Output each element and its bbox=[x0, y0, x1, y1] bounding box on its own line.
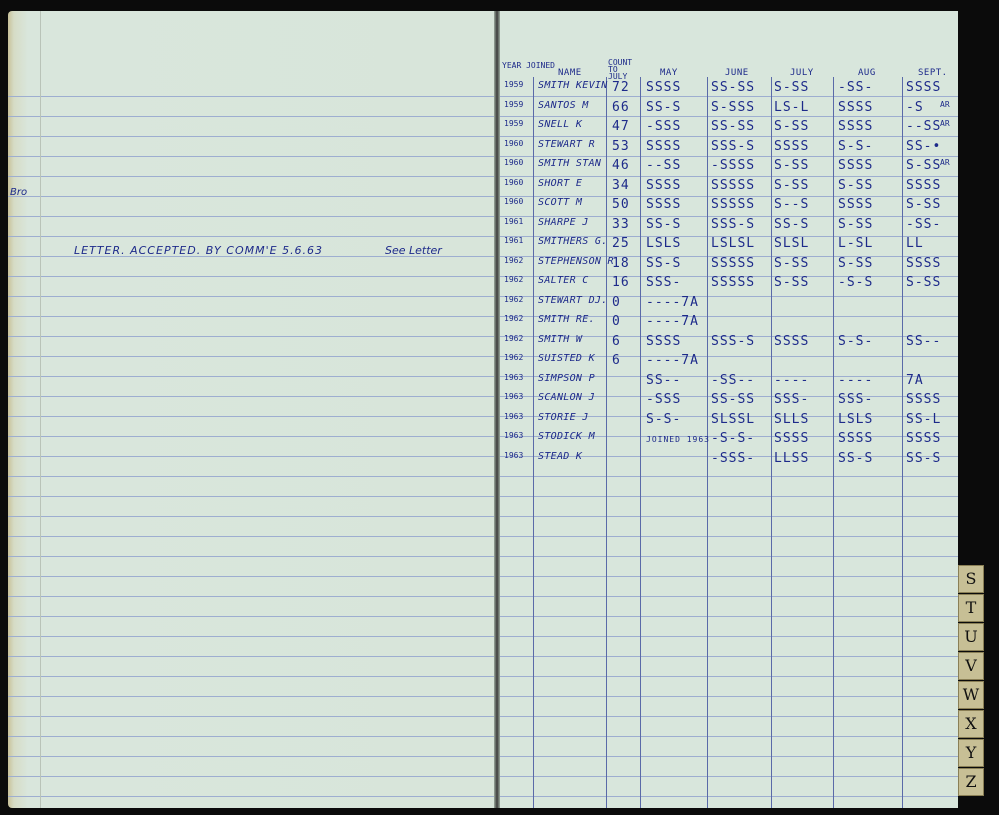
cell-june: SS-SS bbox=[711, 80, 755, 95]
cell-aug: SSSS bbox=[838, 100, 873, 115]
index-tab-w[interactable]: W bbox=[958, 681, 984, 709]
cell-count: 0 bbox=[612, 314, 621, 329]
cell-july: SLLS bbox=[774, 412, 809, 427]
cell-count: 50 bbox=[612, 197, 630, 212]
cell-aug: S-S- bbox=[838, 334, 873, 349]
cell-june: SSSSS bbox=[711, 178, 755, 193]
cell-year: 1961 bbox=[504, 236, 523, 245]
cell-july: LS-L bbox=[774, 100, 809, 115]
cell-count: 25 bbox=[612, 236, 630, 251]
cell-name: STORIE J bbox=[538, 412, 589, 423]
cell-june: S-SSS bbox=[711, 100, 755, 115]
cell-aug: SSS- bbox=[838, 392, 873, 407]
cell-year: 1961 bbox=[504, 217, 523, 226]
cell-year: 1960 bbox=[504, 139, 523, 148]
cell-june: -SSSS bbox=[711, 158, 755, 173]
cell-sept: S-SS bbox=[906, 197, 941, 212]
cell-year: 1959 bbox=[504, 100, 523, 109]
cell-may: -SSS bbox=[646, 119, 681, 134]
index-tab-s[interactable]: S bbox=[958, 565, 984, 593]
cell-sept: 7A bbox=[906, 373, 924, 388]
cell-year: 1959 bbox=[504, 80, 523, 89]
cell-year: 1962 bbox=[504, 314, 523, 323]
cell-july: LLSS bbox=[774, 451, 809, 466]
cell-count: 46 bbox=[612, 158, 630, 173]
cell-name: STEWART R bbox=[538, 139, 595, 150]
cell-aug: LSLS bbox=[838, 412, 873, 427]
cell-sept: SSSS bbox=[906, 392, 941, 407]
header-aug: AUG bbox=[858, 68, 876, 78]
cell-count: 6 bbox=[612, 334, 621, 349]
cell-sept: SS-L bbox=[906, 412, 941, 427]
cell-may: SS-S bbox=[646, 256, 681, 271]
cell-may: SSSS bbox=[646, 178, 681, 193]
cell-may: S-S- bbox=[646, 412, 681, 427]
index-tabs: S T U V W X Y Z bbox=[958, 565, 984, 797]
index-tab-y[interactable]: Y bbox=[958, 739, 984, 767]
cell-name: SMITH W bbox=[538, 334, 582, 345]
cell-may: ----7A bbox=[646, 353, 699, 368]
cell-june: SS-SS bbox=[711, 119, 755, 134]
cell-name: SMITH KEVIN bbox=[538, 80, 608, 91]
col-divider bbox=[533, 77, 534, 808]
cell-july: S-SS bbox=[774, 275, 809, 290]
cell-name: STEWART DJ. bbox=[538, 295, 608, 306]
cell-name: SALTER C bbox=[538, 275, 589, 286]
cell-june: -SSS- bbox=[711, 451, 755, 466]
cell-july: SLSL bbox=[774, 236, 809, 251]
cell-july: SSSS bbox=[774, 431, 809, 446]
cell-count: 6 bbox=[612, 353, 621, 368]
cell-name: SUISTED K bbox=[538, 353, 595, 364]
cell-note: AR bbox=[940, 158, 950, 167]
cell-year: 1963 bbox=[504, 451, 523, 460]
cell-june: LSLSL bbox=[711, 236, 755, 251]
cell-aug: ---- bbox=[838, 373, 873, 388]
cell-may: SSSS bbox=[646, 334, 681, 349]
cell-aug: SSSS bbox=[838, 158, 873, 173]
cell-year: 1959 bbox=[504, 119, 523, 128]
header-sept: SEPT. bbox=[918, 68, 948, 78]
cell-aug: L-SL bbox=[838, 236, 873, 251]
letter-note: LETTER. ACCEPTED. BY COMM'E 5.6.63 bbox=[74, 244, 323, 257]
cell-june: SSS-S bbox=[711, 217, 755, 232]
cell-july: SSS- bbox=[774, 392, 809, 407]
cell-name: SIMPSON P bbox=[538, 373, 595, 384]
page-margin bbox=[40, 11, 41, 808]
cell-year: 1963 bbox=[504, 392, 523, 401]
cell-sept: SSSS bbox=[906, 80, 941, 95]
cell-aug: S-SS bbox=[838, 217, 873, 232]
cell-june: -S-S- bbox=[711, 431, 755, 446]
cell-year: 1962 bbox=[504, 353, 523, 362]
cell-may: LSLS bbox=[646, 236, 681, 251]
cell-sept: SSSS bbox=[906, 431, 941, 446]
cell-aug: S-SS bbox=[838, 178, 873, 193]
cell-name: SMITH STAN bbox=[538, 158, 601, 169]
cell-july: SS-S bbox=[774, 217, 809, 232]
index-tab-z[interactable]: Z bbox=[958, 768, 984, 796]
cell-year: 1962 bbox=[504, 275, 523, 284]
cell-aug: SSSS bbox=[838, 119, 873, 134]
cell-count: 16 bbox=[612, 275, 630, 290]
col-divider bbox=[902, 77, 903, 808]
cell-june: SS-SS bbox=[711, 392, 755, 407]
cell-may: SS-S bbox=[646, 217, 681, 232]
cell-sept: SS-- bbox=[906, 334, 941, 349]
cell-aug: SSSS bbox=[838, 197, 873, 212]
cell-name: STEAD K bbox=[538, 451, 582, 462]
margin-note: Bro bbox=[10, 187, 27, 198]
index-tab-t[interactable]: T bbox=[958, 594, 984, 622]
cell-name: STODICK M bbox=[538, 431, 595, 442]
cell-may: SS-- bbox=[646, 373, 681, 388]
header-june: JUNE bbox=[725, 68, 749, 78]
cell-name: STEPHENSON R bbox=[538, 256, 614, 267]
cell-aug: S-SS bbox=[838, 256, 873, 271]
cell-name: SMITHERS G. bbox=[538, 236, 608, 247]
cell-july: SSSS bbox=[774, 139, 809, 154]
cell-may: --SS bbox=[646, 158, 681, 173]
cell-name: SCOTT M bbox=[538, 197, 582, 208]
col-divider bbox=[640, 77, 641, 808]
col-divider bbox=[771, 77, 772, 808]
cell-sept: -S bbox=[906, 100, 924, 115]
cell-sept: SS-S bbox=[906, 451, 941, 466]
cell-june: SSS-S bbox=[711, 334, 755, 349]
cell-count: 33 bbox=[612, 217, 630, 232]
cell-june: -SS-- bbox=[711, 373, 755, 388]
cell-year: 1960 bbox=[504, 197, 523, 206]
cell-count: 72 bbox=[612, 80, 630, 95]
see-letter-note: See Letter bbox=[385, 244, 442, 257]
cell-sept: LL bbox=[906, 236, 924, 251]
cell-may: ----7A bbox=[646, 295, 699, 310]
cell-july: ---- bbox=[774, 373, 809, 388]
cell-may: SSS- bbox=[646, 275, 681, 290]
cell-sept: S-SS bbox=[906, 275, 941, 290]
header-count: COUNT TO JULY bbox=[608, 59, 638, 80]
cell-year: 1962 bbox=[504, 256, 523, 265]
cell-name: SMITH RE. bbox=[538, 314, 595, 325]
cell-aug: -S-S bbox=[838, 275, 873, 290]
cell-june: SSSSS bbox=[711, 275, 755, 290]
cell-may: JOINED 1963 bbox=[646, 435, 710, 444]
cell-july: S--S bbox=[774, 197, 809, 212]
cell-july: S-SS bbox=[774, 158, 809, 173]
cell-year: 1962 bbox=[504, 334, 523, 343]
cell-may: SSSS bbox=[646, 80, 681, 95]
cell-name: SANTOS M bbox=[538, 100, 589, 111]
cell-year: 1960 bbox=[504, 178, 523, 187]
cell-sept: SSSS bbox=[906, 178, 941, 193]
cell-year: 1963 bbox=[504, 431, 523, 440]
index-tab-v[interactable]: V bbox=[958, 652, 984, 680]
cell-name: SCANLON J bbox=[538, 392, 595, 403]
cell-aug: S-S- bbox=[838, 139, 873, 154]
header-july: JULY bbox=[790, 68, 814, 78]
cell-july: SSSS bbox=[774, 334, 809, 349]
cell-sept: SSSS bbox=[906, 256, 941, 271]
cell-count: 66 bbox=[612, 100, 630, 115]
index-tab-x[interactable]: X bbox=[958, 710, 984, 738]
cell-name: SHORT E bbox=[538, 178, 582, 189]
ruled-lines bbox=[8, 77, 496, 808]
cell-may: SSSS bbox=[646, 197, 681, 212]
cell-may: SSSS bbox=[646, 139, 681, 154]
cell-count: 53 bbox=[612, 139, 630, 154]
right-page: YEAR JOINED NAME COUNT TO JULY MAY JUNE … bbox=[500, 11, 958, 808]
cell-sept: S-SS bbox=[906, 158, 941, 173]
cell-count: 47 bbox=[612, 119, 630, 134]
cell-year: 1963 bbox=[504, 373, 523, 382]
index-tab-u[interactable]: U bbox=[958, 623, 984, 651]
cell-name: SHARPE J bbox=[538, 217, 589, 228]
cell-may: -SSS bbox=[646, 392, 681, 407]
cell-may: SS-S bbox=[646, 100, 681, 115]
cell-may: ----7A bbox=[646, 314, 699, 329]
cell-year: 1963 bbox=[504, 412, 523, 421]
cell-july: S-SS bbox=[774, 178, 809, 193]
cell-june: SSS-S bbox=[711, 139, 755, 154]
header-year: YEAR JOINED bbox=[502, 61, 555, 70]
cell-june: SSSSS bbox=[711, 256, 755, 271]
left-page: Bro LETTER. ACCEPTED. BY COMM'E 5.6.63 S… bbox=[8, 11, 496, 808]
cell-sept: -SS- bbox=[906, 217, 941, 232]
cell-name: SNELL K bbox=[538, 119, 582, 130]
cell-aug: -SS- bbox=[838, 80, 873, 95]
header-name: NAME bbox=[558, 68, 582, 78]
cell-note: AR bbox=[940, 119, 950, 128]
cell-sept: --SS bbox=[906, 119, 941, 134]
cell-aug: SS-S bbox=[838, 451, 873, 466]
cell-july: S-SS bbox=[774, 119, 809, 134]
cell-june: SLSSL bbox=[711, 412, 755, 427]
cell-count: 34 bbox=[612, 178, 630, 193]
cell-year: 1962 bbox=[504, 295, 523, 304]
cell-aug: SSSS bbox=[838, 431, 873, 446]
cell-count: 18 bbox=[612, 256, 630, 271]
cell-july: S-SS bbox=[774, 80, 809, 95]
col-divider bbox=[606, 77, 607, 808]
cell-sept: SS-• bbox=[906, 139, 941, 154]
cell-year: 1960 bbox=[504, 158, 523, 167]
header-may: MAY bbox=[660, 68, 678, 78]
col-divider bbox=[833, 77, 834, 808]
cell-count: 0 bbox=[612, 295, 621, 310]
cell-july: S-SS bbox=[774, 256, 809, 271]
cell-note: AR bbox=[940, 100, 950, 109]
cell-june: SSSSS bbox=[711, 197, 755, 212]
